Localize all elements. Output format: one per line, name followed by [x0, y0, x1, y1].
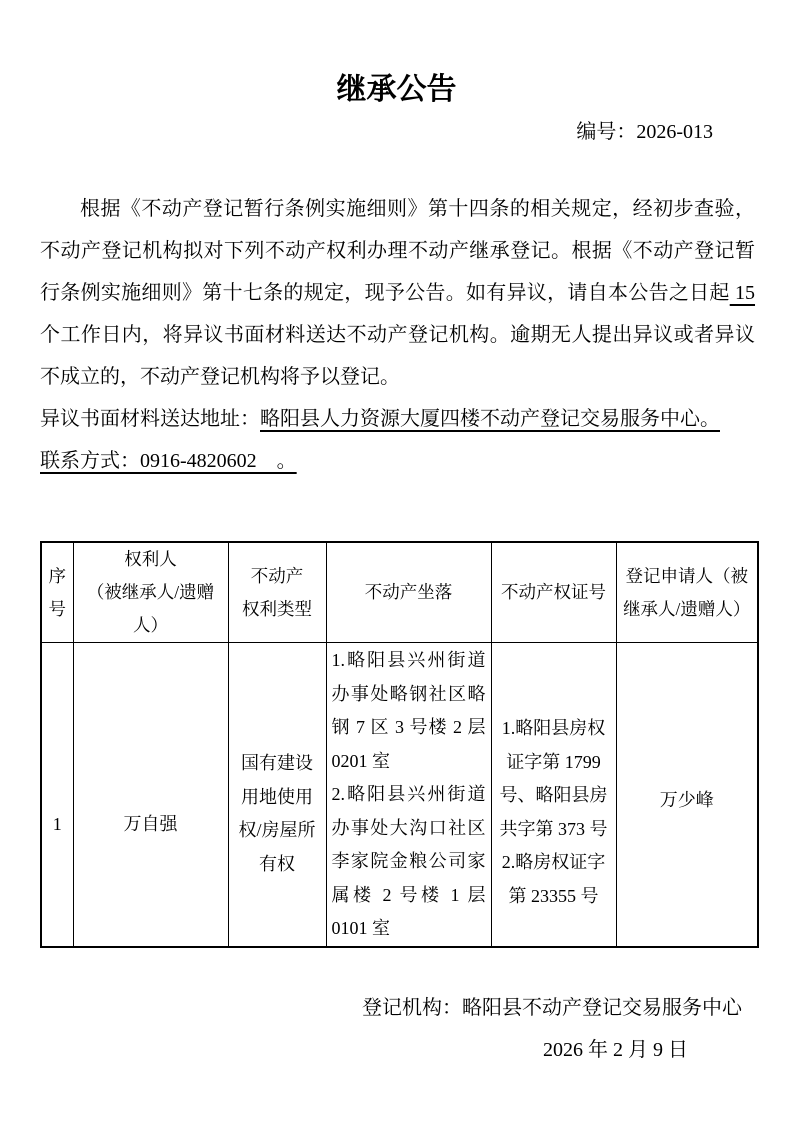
- address-label: 异议书面材料送达地址：: [40, 408, 260, 430]
- cert-item-1: 1.略阳县房权证字第 1799 号、略阳县房共字第 373 号: [498, 712, 610, 846]
- location-item-1: 1.略阳县兴州街道办事处略钢社区略钢 7 区 3 号楼 2 层 0201 室: [332, 644, 486, 778]
- header-applicant: 登记申请人（被继承人/遗赠人）: [616, 542, 758, 643]
- contact-value: 联系方式：0916-4820602 。: [40, 450, 297, 472]
- page-title: 继承公告: [0, 72, 793, 108]
- header-rights-holder: 权利人 （被继承人/遗赠人）: [73, 542, 228, 643]
- cert-item-2: 2.略房权证字第 23355 号: [498, 846, 610, 913]
- table-row: 1 万自强 国有建设用地使用权/房屋所有权 1.略阳县兴州街道办事处略钢社区略钢…: [41, 643, 758, 947]
- announcement-table: 序号 权利人 （被继承人/遗赠人） 不动产 权利类型 不动产坐落 不动产权证号 …: [40, 541, 759, 948]
- announcement-document: 继承公告 编号：2026-013 根据《不动产登记暂行条例实施细则》第十四条的相…: [0, 0, 793, 1122]
- table-body: 1 万自强 国有建设用地使用权/房屋所有权 1.略阳县兴州街道办事处略钢社区略钢…: [41, 643, 758, 947]
- objection-days-value: 15: [730, 282, 755, 304]
- main-paragraph-part2: 个工作日内，将异议书面材料送达不动产登记机构。逾期无人提出异议或者异议不成立的，…: [40, 324, 755, 388]
- header-seq: 序号: [41, 542, 73, 643]
- doc-number: 编号：2026-013: [0, 120, 793, 144]
- contact-line: 联系方式：0916-4820602 。: [40, 440, 755, 482]
- address-line: 异议书面材料送达地址：略阳县人力资源大厦四楼不动产登记交易服务中心。: [40, 398, 755, 440]
- registration-agency-line: 登记机构：略阳县不动产登记交易服务中心: [0, 996, 793, 1020]
- main-paragraph: 根据《不动产登记暂行条例实施细则》第十四条的相关规定，经初步查验，不动产登记机构…: [40, 188, 755, 398]
- location-item-2: 2.略阳县兴州街道办事处大沟口社区李家院金粮公司家属楼 2 号楼 1 层 010…: [332, 778, 486, 946]
- header-location: 不动产坐落: [326, 542, 491, 643]
- cell-cert-number: 1.略阳县房权证字第 1799 号、略阳县房共字第 373 号 2.略房权证字第…: [491, 643, 616, 947]
- header-cert-number: 不动产权证号: [491, 542, 616, 643]
- body-text: 根据《不动产登记暂行条例实施细则》第十四条的相关规定，经初步查验，不动产登记机构…: [40, 188, 755, 482]
- table-header-row: 序号 权利人 （被继承人/遗赠人） 不动产 权利类型 不动产坐落 不动产权证号 …: [41, 542, 758, 643]
- address-value: 略阳县人力资源大厦四楼不动产登记交易服务中心。: [260, 408, 720, 430]
- main-paragraph-part1: 根据《不动产登记暂行条例实施细则》第十四条的相关规定，经初步查验，不动产登记机构…: [40, 198, 755, 304]
- cell-rights-holder: 万自强: [73, 643, 228, 947]
- cell-right-type: 国有建设用地使用权/房屋所有权: [228, 643, 326, 947]
- cell-location: 1.略阳县兴州街道办事处略钢社区略钢 7 区 3 号楼 2 层 0201 室 2…: [326, 643, 491, 947]
- cell-applicant: 万少峰: [616, 643, 758, 947]
- header-right-type: 不动产 权利类型: [228, 542, 326, 643]
- date-line: 2026 年 2 月 9 日: [0, 1038, 793, 1062]
- table-header: 序号 权利人 （被继承人/遗赠人） 不动产 权利类型 不动产坐落 不动产权证号 …: [41, 542, 758, 643]
- cell-seq: 1: [41, 643, 73, 947]
